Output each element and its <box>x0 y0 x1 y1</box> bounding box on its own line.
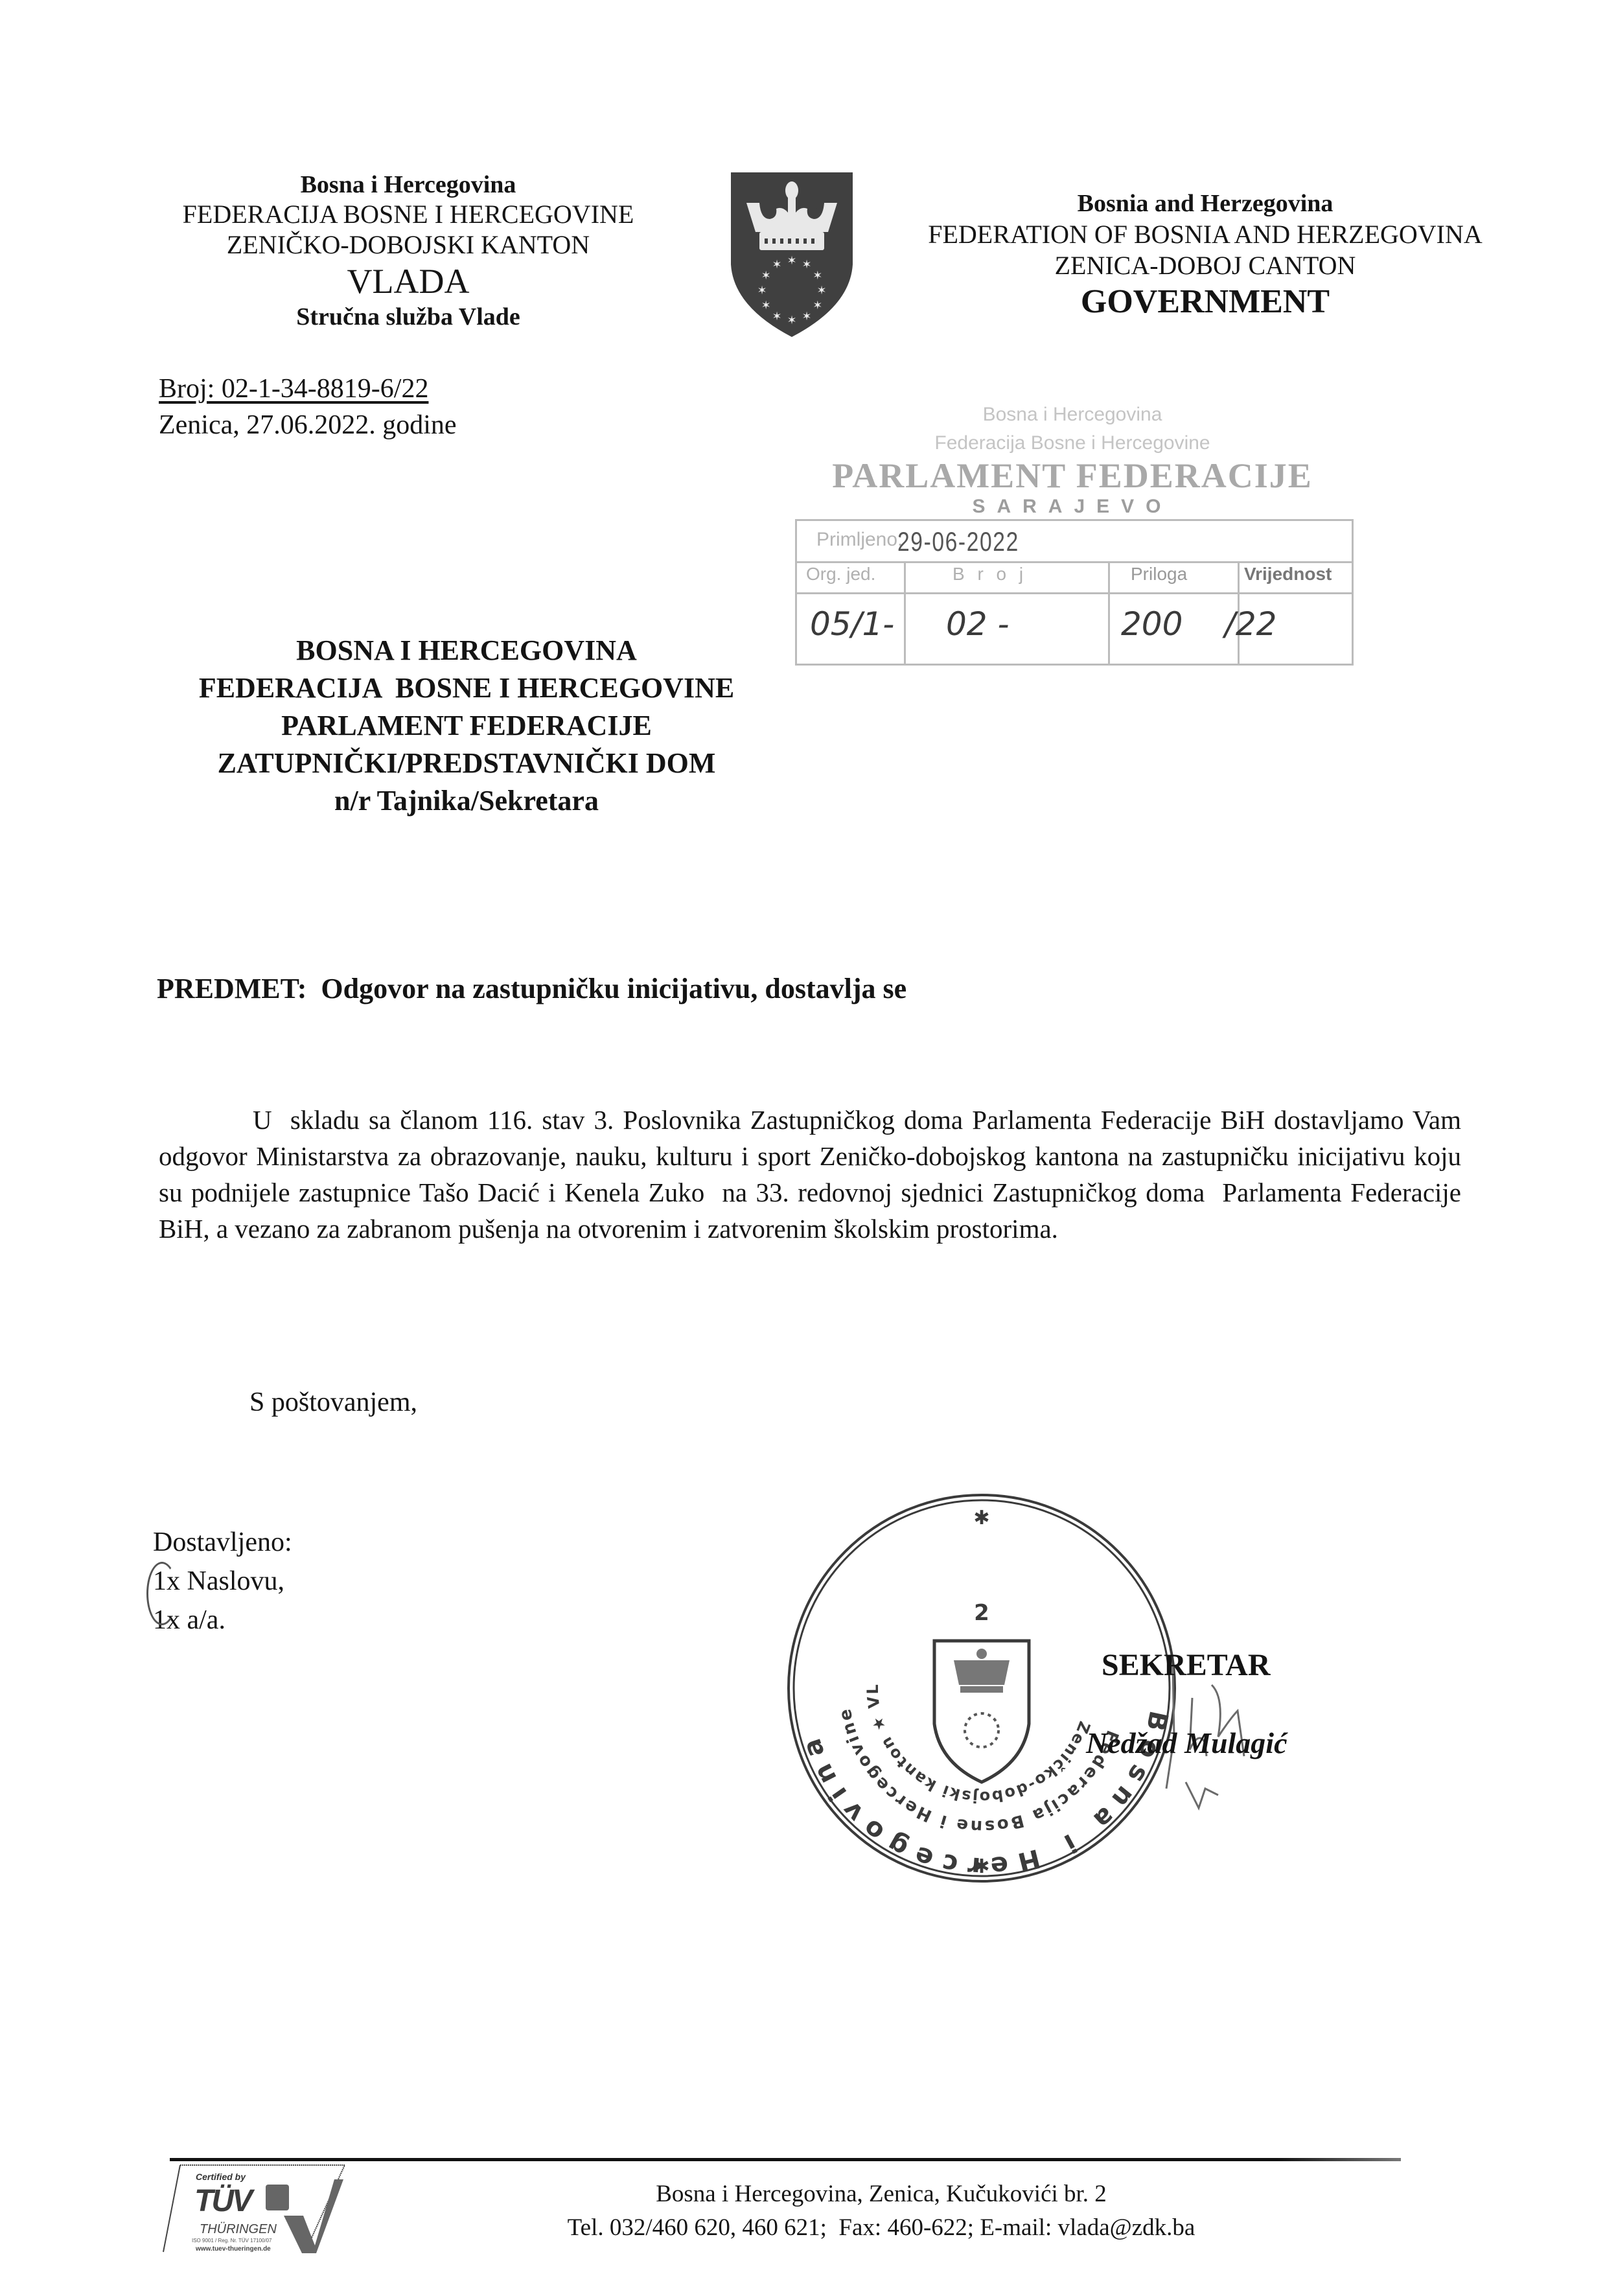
addressee-block: BOSNA I HERCEGOVINA FEDERACIJA BOSNE I H… <box>156 632 778 820</box>
col-attachments: Priloga <box>1131 564 1187 585</box>
handwritten-year: /22 <box>1225 605 1276 643</box>
svg-text:✱: ✱ <box>973 1855 989 1878</box>
svg-text:✶: ✶ <box>772 310 781 323</box>
svg-text:✶: ✶ <box>772 258 781 271</box>
svg-text:✶: ✶ <box>816 284 826 297</box>
letterhead-canton-en: ZENICA-DOBOJ CANTON <box>875 250 1536 281</box>
svg-text:✶: ✶ <box>787 254 796 267</box>
distribution-label: Dostavljeno: <box>153 1523 292 1562</box>
svg-text:✶: ✶ <box>802 258 811 271</box>
addressee-line: ZATUPNIČKI/PREDSTAVNIČKI DOM <box>156 745 778 782</box>
letter-body: U skladu sa članom 116. stav 3. Poslovni… <box>159 1102 1461 1247</box>
stamp-line-parliament: PARLAMENT FEDERACIJE <box>787 456 1357 496</box>
distribution-list: Dostavljeno: 1x Naslovu, 1x a/a. <box>153 1523 292 1640</box>
handwritten-circle-mark <box>146 1562 178 1625</box>
letterhead-body-en: GOVERNMENT <box>875 281 1536 323</box>
place-date: Zenica, 27.06.2022. godine <box>159 407 457 443</box>
signer-role: SEKRETAR <box>1102 1646 1374 1685</box>
svg-text:✶: ✶ <box>761 299 771 312</box>
footer-address: Bosna i Hercegovina, Zenica, Kučukovići … <box>363 2177 1400 2211</box>
handwritten-number-part: 02 - <box>946 605 1010 643</box>
footer-contact: Bosna i Hercegovina, Zenica, Kučukovići … <box>363 2177 1400 2245</box>
signature-block: SEKRETAR Nedžad Mulagić <box>1102 1646 1374 1763</box>
col-number: B r o j <box>952 564 1027 585</box>
stamp-line-federation: Federacija Bosne i Hercegovine <box>787 432 1357 454</box>
addressee-line: BOSNA I HERCEGOVINA <box>156 632 778 669</box>
svg-text:✶: ✶ <box>761 269 771 282</box>
received-label: Primljeno: <box>816 529 903 551</box>
col-org-unit: Org. jed. <box>806 564 875 585</box>
received-stamp: Bosna i Hercegovina Federacija Bosne i H… <box>787 392 1357 677</box>
stamp-line-country: Bosna i Hercegovina <box>787 404 1357 426</box>
closing-salutation: S poštovanjem, <box>249 1387 417 1418</box>
signer-name: Nedžad Mulagić <box>1086 1724 1374 1763</box>
col-value: Vrijednost <box>1244 564 1332 585</box>
addressee-line: n/r Tajnika/Sekretara <box>156 782 778 820</box>
svg-text:✶: ✶ <box>813 299 822 312</box>
letterhead-service: Stručna služba Vlade <box>130 302 687 332</box>
addressee-line: PARLAMENT FEDERACIJE <box>156 707 778 745</box>
tuv-registration: ISO 9001 / Reg. Nr. TÜV 17100/07 <box>192 2238 271 2244</box>
reference-number: Broj: 02-1-34-8819-6/22 <box>159 371 457 407</box>
letterhead-country: Bosna i Hercegovina <box>130 170 687 200</box>
stamp-line-city: SARAJEVO <box>787 496 1357 518</box>
handwritten-org-unit: 05/1- <box>810 605 894 643</box>
tuv-mark: TÜV <box>194 2183 251 2219</box>
tuv-url: www.tuev-thueringen.de <box>196 2245 271 2253</box>
tuv-region: THÜRINGEN <box>200 2222 277 2237</box>
svg-text:2: 2 <box>974 1600 989 1626</box>
stamp-registry-table: Primljeno: 29-06-2022 Org. jed. B r o j … <box>795 519 1354 666</box>
svg-text:✶: ✶ <box>802 310 811 323</box>
letterhead-english: Bosnia and Herzegovina FEDERATION OF BOS… <box>875 188 1536 323</box>
footer-phone-fax-email: Tel. 032/460 620, 460 621; Fax: 460-622;… <box>363 2211 1400 2245</box>
addressee-line: FEDERACIJA BOSNE I HERCEGOVINE <box>156 669 778 707</box>
received-date: 29-06-2022 <box>897 526 1019 557</box>
subject-label: PREDMET: <box>157 973 306 1004</box>
letterhead-country-en: Bosnia and Herzegovina <box>875 188 1536 219</box>
subject-line: PREDMET:Odgovor na zastupničku inicijati… <box>157 972 906 1005</box>
body-paragraph: U skladu sa članom 116. stav 3. Poslovni… <box>159 1102 1461 1247</box>
letterhead-federation-en: FEDERATION OF BOSNIA AND HERZEGOVINA <box>875 219 1536 250</box>
subject-text: Odgovor na zastupničku inicijativu, dost… <box>321 973 906 1004</box>
svg-text:✶: ✶ <box>787 314 796 327</box>
letterhead-bosnian: Bosna i Hercegovina FEDERACIJA BOSNE I H… <box>130 170 687 332</box>
tuv-certification-logo: Certified by TÜV THÜRINGEN ISO 9001 / Re… <box>156 2161 356 2258</box>
handwritten-number: 200 <box>1121 605 1183 643</box>
tuv-certified-by: Certified by <box>196 2172 246 2182</box>
svg-text:✱: ✱ <box>973 1507 989 1529</box>
letterhead-body: VLADA <box>130 261 687 302</box>
svg-text:✶: ✶ <box>757 284 767 297</box>
letterhead-federation: FEDERACIJA BOSNE I HERCEGOVINE <box>130 200 687 229</box>
reference-block: Broj: 02-1-34-8819-6/22 Zenica, 27.06.20… <box>159 371 457 443</box>
svg-text:✶: ✶ <box>813 269 822 282</box>
letterhead-canton: ZENIČKO-DOBOJSKI KANTON <box>130 229 687 261</box>
zenica-doboj-canton-shield-icon: ✶✶✶✶✶✶✶✶✶✶✶✶ <box>727 167 857 339</box>
